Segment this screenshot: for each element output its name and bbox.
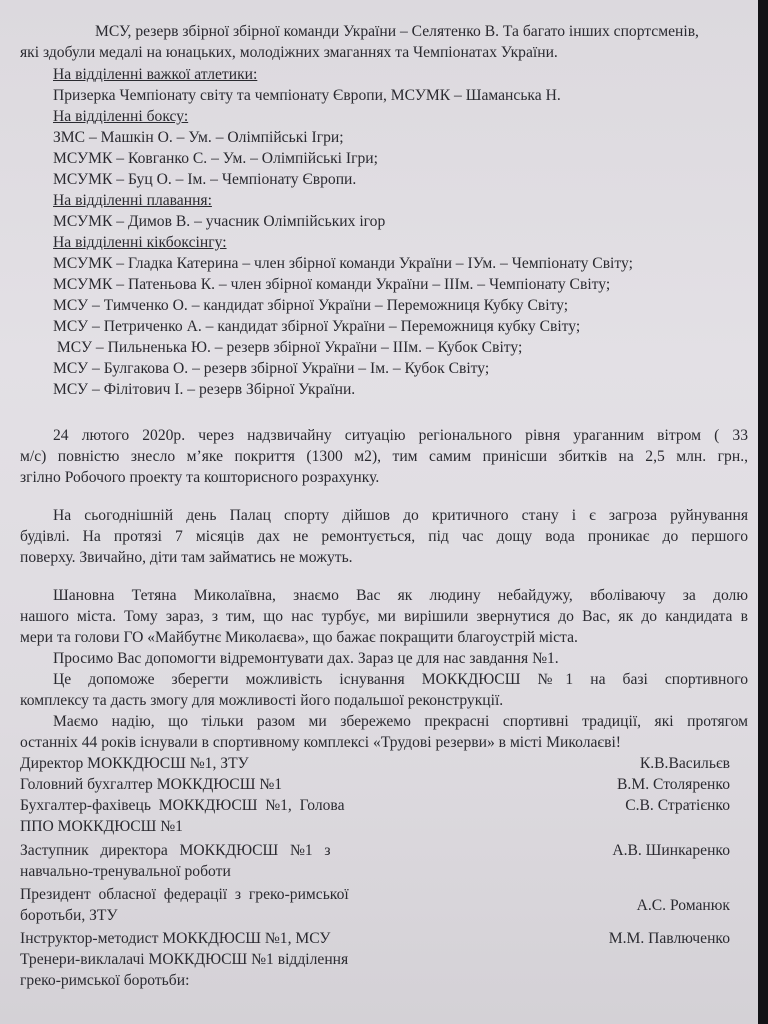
coaches-heading-line-1: Тренери-виклалачі МОККДЮСШ №1 відділення [20, 949, 348, 970]
signatory-title: Головний бухгалтер МОККДЮСШ №1 [20, 774, 282, 795]
athlete-line: МСУ – Пильненька Ю. – резерв збірної Укр… [53, 337, 522, 358]
hope-paragraph-line-2: останніх 44 років існували в спортивному… [20, 732, 621, 753]
athlete-line: МСУМК – Буц О. – Ім. – Чемпіонату Європи… [53, 169, 356, 190]
storm-paragraph-line-1: 24 лютого 2020р. через надзвичайну ситуа… [53, 425, 748, 446]
intro-line-1: МСУ, резерв збірної збірної команди Укра… [95, 21, 699, 42]
coaches-heading-line-2: греко-римської боротьби: [20, 970, 189, 991]
signatory-name: С.В. Стратієнко [625, 795, 730, 816]
signatory-title: Директор МОККДЮСШ №1, ЗТУ [20, 753, 249, 774]
section-heading-swimming: На відділенні плавання: [53, 190, 212, 211]
athlete-line: МСУ – Петриченко А. – кандидат збірної У… [53, 316, 580, 337]
athlete-line: МСУМК – Димов В. – учасник Олімпійських … [53, 211, 385, 232]
intro-line-2: які здобули медалі на юнацьких, молодіжн… [20, 42, 558, 63]
signatory-title: Бухгалтер-фахівець МОККДЮСШ №1, Голова [20, 795, 345, 816]
appeal-paragraph-line-3: мери та голови ГО «Майбутнє Миколаєва», … [20, 627, 578, 648]
section-heading-boxing: На відділенні боксу: [53, 106, 188, 127]
signatory-title: боротьби, ЗТУ [20, 905, 118, 926]
signatory-title: ППО МОККДЮСШ №1 [20, 816, 183, 837]
signatory-name: А.В. Шинкаренко [612, 840, 730, 861]
preserve-paragraph-line-1: Це допоможе зберегти можливість існуванн… [53, 669, 748, 690]
request-line: Просимо Вас допомогти відремонтувати дах… [53, 648, 559, 669]
athlete-line: МСУМК – Патеньова К. – член збірної кома… [53, 274, 610, 295]
document-page: МСУ, резерв збірної збірної команди Укра… [0, 0, 758, 1024]
signatory-name: К.В.Васильєв [640, 753, 730, 774]
athlete-line: МСУ – Булгакова О. – резерв збірної Укра… [53, 358, 489, 379]
athlete-line: МСУ – Тимченко О. – кандидат збірної Укр… [53, 295, 568, 316]
athlete-line: ЗМС – Машкін О. – Ум. – Олімпійські Ігри… [53, 127, 344, 148]
preserve-paragraph-line-2: комплексу та дасть змогу для можливості … [20, 690, 503, 711]
signatory-name: М.М. Павлюченко [609, 928, 730, 949]
section-heading-kickboxing: На відділенні кікбоксінгу: [53, 232, 227, 253]
page-edge-shadow [758, 0, 768, 1024]
hope-paragraph-line-1: Маємо надію, що тільки разом ми збережем… [53, 711, 748, 732]
appeal-paragraph-line-2: нашого міста. Тому зараз, з тим, що нас … [20, 606, 748, 627]
storm-paragraph-line-3: згілно Робочого проекту та кошторисного … [20, 467, 379, 488]
signatory-title: Заступник директора МОККДЮСШ №1 з [20, 840, 331, 861]
signatory-name: В.М. Столяренко [617, 774, 730, 795]
signatory-title: Інструктор-методист МОККДЮСШ №1, МСУ [20, 928, 330, 949]
critical-paragraph-line-1: На сьогоднішній день Палац спорту дійшов… [53, 505, 748, 526]
critical-paragraph-line-2: будівлі. На протязі 7 місяців дах не рем… [20, 526, 748, 547]
athlete-line: Призерка Чемпіонату світу та чемпіонату … [53, 85, 561, 106]
appeal-paragraph-line-1: Шановна Тетяна Миколаївна, знаємо Вас як… [53, 585, 748, 606]
athlete-line: МСУ – Філітович І. – резерв Збірної Укра… [53, 379, 355, 400]
signatory-title: навчально-тренувальної роботи [20, 861, 231, 882]
signatory-title: Президент обласної федерації з греко-рим… [20, 884, 349, 905]
section-heading-weightlifting: На відділенні важкої атлетики: [53, 64, 257, 85]
storm-paragraph-line-2: м/с) повністю знесло м’яке покриття (130… [20, 446, 748, 467]
signatory-name: А.С. Романюк [637, 895, 730, 916]
athlete-line: МСУМК – Гладка Катерина – член збірної к… [53, 253, 633, 274]
critical-paragraph-line-3: поверху. Звичайно, діти там займатись не… [20, 547, 353, 568]
athlete-line: МСУМК – Ковганко С. – Ум. – Олімпійські … [53, 148, 378, 169]
